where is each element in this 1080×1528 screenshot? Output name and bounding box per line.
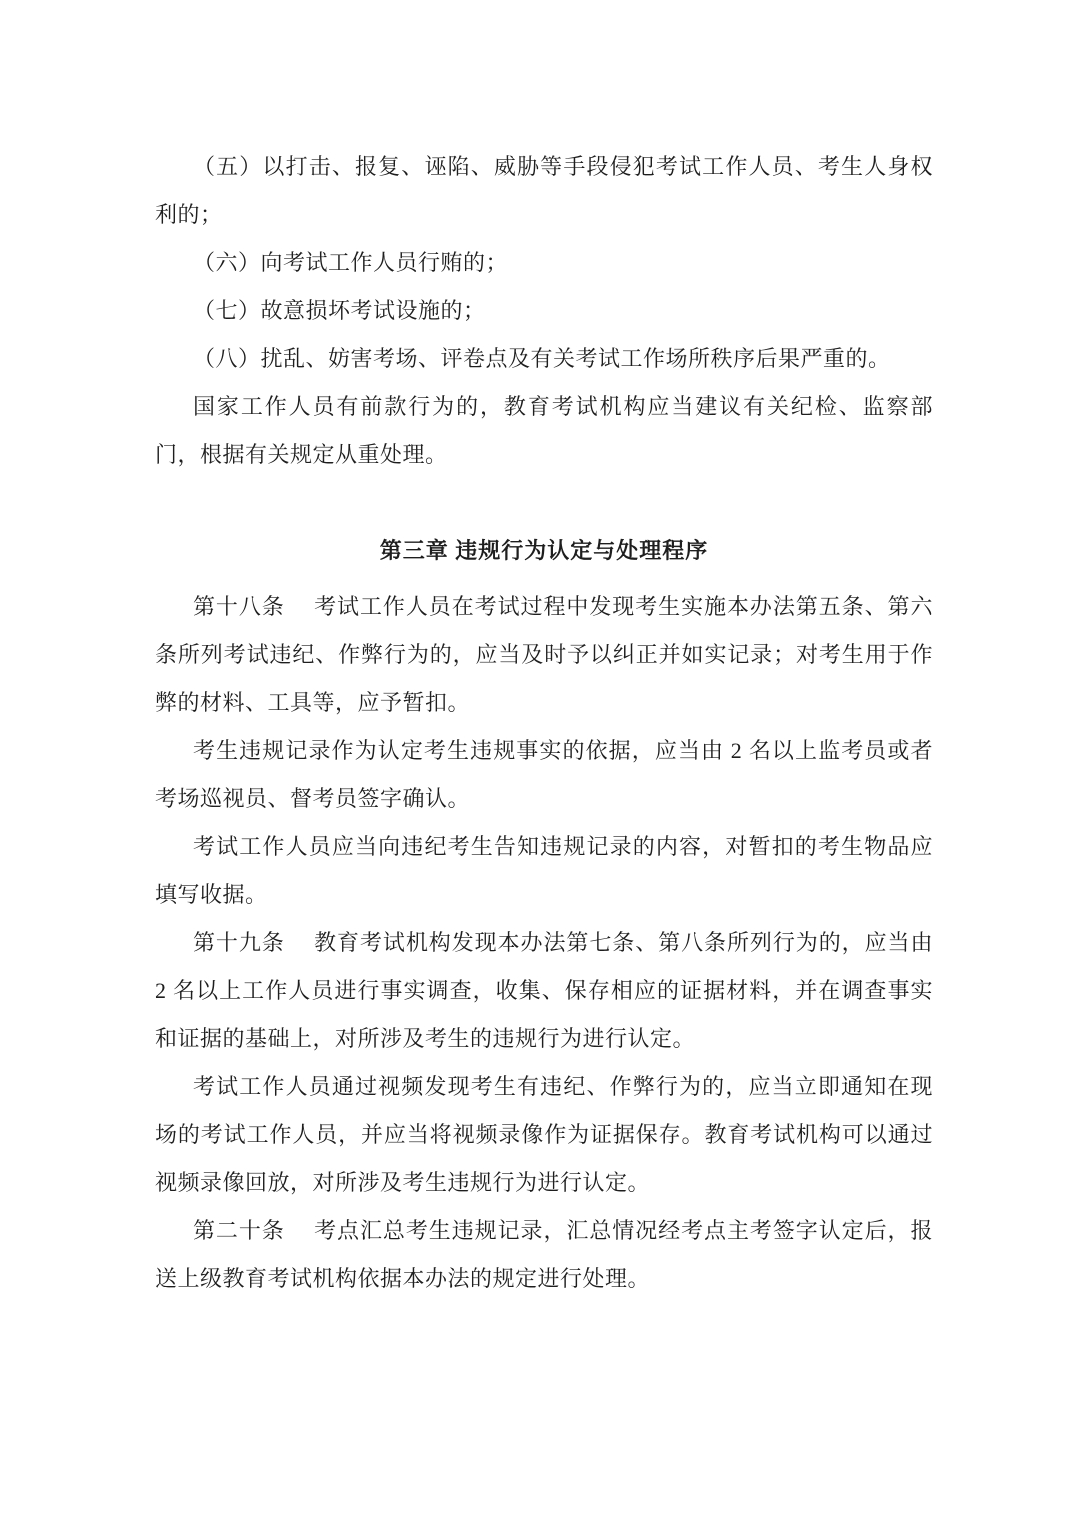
article-19-paragraph: 第十九条 教育考试机构发现本办法第七条、第八条所列行为的，应当由 2 名以上工作… — [155, 919, 933, 1063]
clause-item-5: （五）以打击、报复、诬陷、威胁等手段侵犯考试工作人员、考生人身权利的； — [155, 143, 933, 239]
video-evidence-paragraph: 考试工作人员通过视频发现考生有违纪、作弊行为的，应当立即通知在现场的考试工作人员… — [155, 1063, 933, 1207]
state-personnel-paragraph: 国家工作人员有前款行为的，教育考试机构应当建议有关纪检、监察部门，根据有关规定从… — [155, 383, 933, 479]
clause-item-8: （八）扰乱、妨害考场、评卷点及有关考试工作场所秩序后果严重的。 — [155, 335, 933, 383]
chapter-heading: 第三章 违规行为认定与处理程序 — [155, 527, 933, 575]
article-18-paragraph: 第十八条 考试工作人员在考试过程中发现考生实施本办法第五条、第六条所列考试违纪、… — [155, 583, 933, 727]
document-page: （五）以打击、报复、诬陷、威胁等手段侵犯考试工作人员、考生人身权利的； （六）向… — [0, 0, 1080, 1528]
clause-item-6: （六）向考试工作人员行贿的； — [155, 239, 933, 287]
article-20-paragraph: 第二十条 考点汇总考生违规记录，汇总情况经考点主考签字认定后，报送上级教育考试机… — [155, 1207, 933, 1303]
violation-record-paragraph: 考生违规记录作为认定考生违规事实的依据，应当由 2 名以上监考员或者考场巡视员、… — [155, 727, 933, 823]
notify-candidate-paragraph: 考试工作人员应当向违纪考生告知违规记录的内容，对暂扣的考生物品应填写收据。 — [155, 823, 933, 919]
document-content: （五）以打击、报复、诬陷、威胁等手段侵犯考试工作人员、考生人身权利的； （六）向… — [155, 143, 933, 1303]
clause-item-7: （七）故意损坏考试设施的； — [155, 287, 933, 335]
